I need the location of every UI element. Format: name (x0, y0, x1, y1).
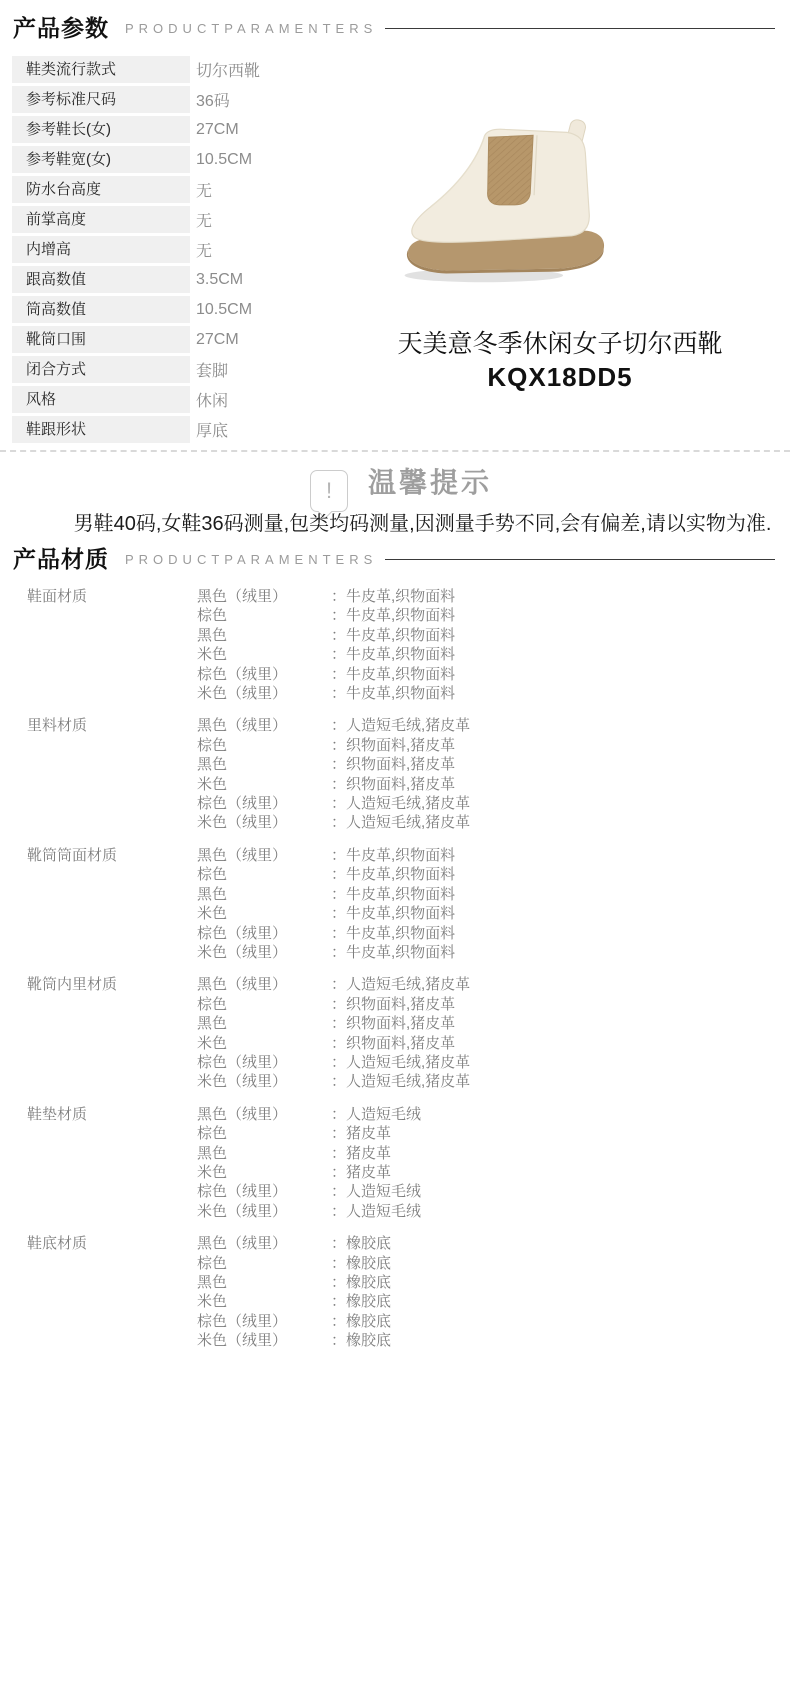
material-value: 牛皮革,织物面料 (346, 588, 455, 605)
material-group-label: 鞋面材质 (27, 587, 197, 703)
product-image (392, 112, 624, 290)
material-group-rows: 黑色（绒里）：人造短毛绒棕色：猪皮革黑色：猪皮革米色：猪皮革棕色（绒里）：人造短… (197, 1105, 421, 1221)
param-row: 筒高数值10.5CM (12, 296, 432, 323)
param-label: 内增高 (12, 236, 190, 263)
material-color-name: 黑色 (197, 626, 331, 645)
material-colon: ： (331, 1203, 346, 1220)
material-colon: ： (331, 666, 346, 683)
material-color-name: 黑色（绒里） (197, 1105, 331, 1124)
param-label: 参考标准尺码 (12, 86, 190, 113)
material-color-name: 棕色 (197, 1124, 331, 1143)
material-row: 黑色：猪皮革 (197, 1144, 421, 1163)
material-color-name: 棕色（绒里） (197, 924, 331, 943)
material-color-name: 棕色（绒里） (197, 1182, 331, 1201)
param-value: 切尔西靴 (196, 58, 260, 81)
material-color-name: 棕色 (197, 736, 331, 755)
material-colon: ： (331, 646, 346, 663)
material-color-name: 米色（绒里） (197, 684, 331, 703)
material-colon: ： (331, 627, 346, 644)
material-row: 米色（绒里）：橡胶底 (197, 1331, 391, 1350)
param-value: 36码 (196, 88, 230, 111)
materials-list: 鞋面材质黑色（绒里）：牛皮革,织物面料棕色：牛皮革,织物面料黑色：牛皮革,织物面… (27, 587, 790, 1364)
material-value: 人造短毛绒 (346, 1183, 421, 1200)
param-label: 参考鞋长(女) (12, 116, 190, 143)
param-value: 3.5CM (196, 271, 243, 289)
material-value: 牛皮革,织物面料 (346, 944, 455, 961)
param-row: 前掌高度无 (12, 206, 432, 233)
material-row: 黑色：织物面料,猪皮革 (197, 1014, 470, 1033)
material-row: 黑色（绒里）：人造短毛绒,猪皮革 (197, 975, 470, 994)
material-colon: ： (331, 1332, 346, 1349)
materials-section-title: 产品材质 (13, 541, 109, 574)
param-label: 鞋跟形状 (12, 416, 190, 443)
material-group: 鞋底材质黑色（绒里）：橡胶底棕色：橡胶底黑色：橡胶底米色：橡胶底棕色（绒里）：橡… (27, 1234, 790, 1350)
material-value: 人造短毛绒,猪皮革 (346, 1073, 470, 1090)
param-row: 参考鞋长(女)27CM (12, 116, 432, 143)
param-row: 鞋类流行款式切尔西靴 (12, 56, 432, 83)
param-label: 闭合方式 (12, 356, 190, 383)
params-section-subtitle: PRODUCTPARAMENTERS (125, 21, 377, 36)
material-row: 棕色（绒里）：人造短毛绒,猪皮革 (197, 1053, 470, 1072)
material-row: 米色（绒里）：牛皮革,织物面料 (197, 943, 455, 962)
material-row: 米色（绒里）：人造短毛绒,猪皮革 (197, 1072, 470, 1091)
material-value: 牛皮革,织物面料 (346, 627, 455, 644)
material-color-name: 黑色 (197, 1014, 331, 1033)
material-group-rows: 黑色（绒里）：牛皮革,织物面料棕色：牛皮革,织物面料黑色：牛皮革,织物面料米色：… (197, 846, 455, 962)
chelsea-boot-illustration (392, 112, 624, 290)
material-colon: ： (331, 1125, 346, 1142)
material-row: 黑色（绒里）：橡胶底 (197, 1234, 391, 1253)
material-value: 人造短毛绒,猪皮革 (346, 976, 470, 993)
material-group-rows: 黑色（绒里）：橡胶底棕色：橡胶底黑色：橡胶底米色：橡胶底棕色（绒里）：橡胶底米色… (197, 1234, 391, 1350)
material-value: 人造短毛绒 (346, 1106, 421, 1123)
material-value: 织物面料,猪皮革 (346, 1035, 455, 1052)
material-row: 米色：猪皮革 (197, 1163, 421, 1182)
param-value: 10.5CM (196, 301, 252, 319)
param-row: 防水台高度无 (12, 176, 432, 203)
material-colon: ： (331, 1255, 346, 1272)
material-value: 人造短毛绒,猪皮革 (346, 795, 470, 812)
param-value: 10.5CM (196, 151, 252, 169)
material-row: 米色（绒里）：人造短毛绒,猪皮革 (197, 813, 470, 832)
material-value: 人造短毛绒 (346, 1203, 421, 1220)
material-color-name: 棕色 (197, 1254, 331, 1273)
material-row: 棕色（绒里）：人造短毛绒,猪皮革 (197, 794, 470, 813)
material-group-rows: 黑色（绒里）：人造短毛绒,猪皮革棕色：织物面料,猪皮革黑色：织物面料,猪皮革米色… (197, 975, 470, 1091)
material-row: 棕色（绒里）：牛皮革,织物面料 (197, 665, 455, 684)
material-row: 米色：橡胶底 (197, 1292, 391, 1311)
material-color-name: 米色 (197, 904, 331, 923)
material-color-name: 棕色（绒里） (197, 1053, 331, 1072)
material-value: 织物面料,猪皮革 (346, 1015, 455, 1032)
material-row: 米色（绒里）：人造短毛绒 (197, 1202, 421, 1221)
material-colon: ： (331, 1183, 346, 1200)
param-value: 无 (196, 208, 212, 231)
material-colon: ： (331, 1015, 346, 1032)
material-value: 牛皮革,织物面料 (346, 685, 455, 702)
material-value: 人造短毛绒,猪皮革 (346, 717, 470, 734)
material-value: 牛皮革,织物面料 (346, 607, 455, 624)
param-label: 参考鞋宽(女) (12, 146, 190, 173)
param-row: 跟高数值3.5CM (12, 266, 432, 293)
material-value: 织物面料,猪皮革 (346, 756, 455, 773)
material-value: 牛皮革,织物面料 (346, 666, 455, 683)
material-color-name: 黑色（绒里） (197, 587, 331, 606)
material-colon: ： (331, 717, 346, 734)
section-header-materials: 产品材质 PRODUCTPARAMENTERS (13, 541, 775, 574)
param-value: 27CM (196, 121, 239, 139)
params-section-title: 产品参数 (13, 10, 109, 43)
material-color-name: 米色（绒里） (197, 943, 331, 962)
material-colon: ： (331, 795, 346, 812)
material-color-name: 棕色（绒里） (197, 794, 331, 813)
material-color-name: 米色（绒里） (197, 1331, 331, 1350)
material-color-name: 米色 (197, 775, 331, 794)
material-value: 人造短毛绒,猪皮革 (346, 814, 470, 831)
material-group: 里料材质黑色（绒里）：人造短毛绒,猪皮革棕色：织物面料,猪皮革黑色：织物面料,猪… (27, 716, 790, 832)
material-row: 黑色（绒里）：牛皮革,织物面料 (197, 846, 455, 865)
material-colon: ： (331, 607, 346, 624)
material-colon: ： (331, 737, 346, 754)
material-colon: ： (331, 1073, 346, 1090)
material-color-name: 米色（绒里） (197, 813, 331, 832)
notice-title: 温馨提示 (368, 461, 492, 501)
material-row: 米色：织物面料,猪皮革 (197, 1034, 470, 1053)
dashed-divider (0, 450, 790, 452)
material-colon: ： (331, 756, 346, 773)
material-colon: ： (331, 1235, 346, 1252)
section-header-params: 产品参数 PRODUCTPARAMENTERS (13, 10, 775, 43)
material-color-name: 黑色（绒里） (197, 716, 331, 735)
material-value: 人造短毛绒,猪皮革 (346, 1054, 470, 1071)
param-label: 跟高数值 (12, 266, 190, 293)
material-colon: ： (331, 1145, 346, 1162)
material-value: 牛皮革,织物面料 (346, 905, 455, 922)
notice-disclaimer-text: 男鞋40码,女鞋36码测量,包类均码测量,因测量手势不同,会有偏差,请以实物为准… (55, 507, 790, 536)
material-group-label: 鞋底材质 (27, 1234, 197, 1350)
product-model: KQX18DD5 (360, 362, 760, 393)
param-row: 参考标准尺码36码 (12, 86, 432, 113)
material-colon: ： (331, 1054, 346, 1071)
material-color-name: 棕色 (197, 865, 331, 884)
product-name: 天美意冬季休闲女子切尔西靴 (360, 324, 760, 360)
material-colon: ： (331, 944, 346, 961)
header-rule (385, 28, 775, 29)
material-color-name: 黑色 (197, 1273, 331, 1292)
material-color-name: 黑色 (197, 885, 331, 904)
material-value: 猪皮革 (346, 1145, 391, 1162)
material-colon: ： (331, 1313, 346, 1330)
material-value: 织物面料,猪皮革 (346, 737, 455, 754)
material-group: 鞋垫材质黑色（绒里）：人造短毛绒棕色：猪皮革黑色：猪皮革米色：猪皮革棕色（绒里）… (27, 1105, 790, 1221)
material-row: 米色：织物面料,猪皮革 (197, 775, 470, 794)
material-group-label: 靴筒内里材质 (27, 975, 197, 1091)
material-color-name: 黑色 (197, 755, 331, 774)
material-value: 橡胶底 (346, 1293, 391, 1310)
param-value: 27CM (196, 331, 239, 349)
exclamation-mark: ! (326, 478, 332, 504)
material-color-name: 棕色（绒里） (197, 1312, 331, 1331)
product-detail-page: 产品参数 PRODUCTPARAMENTERS 鞋类流行款式切尔西靴参考标准尺码… (0, 0, 790, 1690)
material-colon: ： (331, 1106, 346, 1123)
param-label: 风格 (12, 386, 190, 413)
material-colon: ： (331, 1293, 346, 1310)
material-value: 橡胶底 (346, 1235, 391, 1252)
material-color-name: 棕色 (197, 995, 331, 1014)
material-colon: ： (331, 685, 346, 702)
param-row: 内增高无 (12, 236, 432, 263)
material-colon: ： (331, 866, 346, 883)
material-value: 橡胶底 (346, 1313, 391, 1330)
material-colon: ： (331, 976, 346, 993)
material-colon: ： (331, 776, 346, 793)
material-row: 棕色：织物面料,猪皮革 (197, 995, 470, 1014)
material-row: 黑色：织物面料,猪皮革 (197, 755, 470, 774)
material-group-label: 里料材质 (27, 716, 197, 832)
material-color-name: 黑色（绒里） (197, 1234, 331, 1253)
material-value: 牛皮革,织物面料 (346, 866, 455, 883)
exclamation-bubble-icon: ! (310, 470, 348, 512)
param-label: 防水台高度 (12, 176, 190, 203)
material-color-name: 米色 (197, 1163, 331, 1182)
materials-section-subtitle: PRODUCTPARAMENTERS (125, 552, 377, 567)
material-group-label: 靴筒筒面材质 (27, 846, 197, 962)
material-colon: ： (331, 814, 346, 831)
param-value: 厚底 (196, 418, 228, 441)
material-row: 黑色：橡胶底 (197, 1273, 391, 1292)
material-colon: ： (331, 905, 346, 922)
material-value: 猪皮革 (346, 1125, 391, 1142)
material-row: 黑色：牛皮革,织物面料 (197, 626, 455, 645)
param-value: 休闲 (196, 388, 228, 411)
param-value: 套脚 (196, 358, 228, 381)
material-color-name: 黑色（绒里） (197, 975, 331, 994)
material-group-label: 鞋垫材质 (27, 1105, 197, 1221)
param-value: 无 (196, 238, 212, 261)
material-value: 牛皮革,织物面料 (346, 925, 455, 942)
material-color-name: 黑色 (197, 1144, 331, 1163)
material-group-rows: 黑色（绒里）：人造短毛绒,猪皮革棕色：织物面料,猪皮革黑色：织物面料,猪皮革米色… (197, 716, 470, 832)
param-row: 参考鞋宽(女)10.5CM (12, 146, 432, 173)
material-color-name: 棕色（绒里） (197, 665, 331, 684)
material-row: 棕色：猪皮革 (197, 1124, 421, 1143)
material-group: 靴筒筒面材质黑色（绒里）：牛皮革,织物面料棕色：牛皮革,织物面料黑色：牛皮革,织… (27, 846, 790, 962)
material-group-rows: 黑色（绒里）：牛皮革,织物面料棕色：牛皮革,织物面料黑色：牛皮革,织物面料米色：… (197, 587, 455, 703)
material-color-name: 米色（绒里） (197, 1202, 331, 1221)
param-value: 无 (196, 178, 212, 201)
material-color-name: 米色（绒里） (197, 1072, 331, 1091)
material-color-name: 米色 (197, 1034, 331, 1053)
material-row: 米色：牛皮革,织物面料 (197, 645, 455, 664)
material-value: 牛皮革,织物面料 (346, 847, 455, 864)
material-value: 猪皮革 (346, 1164, 391, 1181)
param-label: 前掌高度 (12, 206, 190, 233)
material-group: 靴筒内里材质黑色（绒里）：人造短毛绒,猪皮革棕色：织物面料,猪皮革黑色：织物面料… (27, 975, 790, 1091)
material-value: 橡胶底 (346, 1274, 391, 1291)
material-row: 棕色：织物面料,猪皮革 (197, 736, 470, 755)
material-colon: ： (331, 925, 346, 942)
material-group: 鞋面材质黑色（绒里）：牛皮革,织物面料棕色：牛皮革,织物面料黑色：牛皮革,织物面… (27, 587, 790, 703)
material-color-name: 棕色 (197, 606, 331, 625)
material-row: 棕色：橡胶底 (197, 1254, 391, 1273)
material-colon: ： (331, 996, 346, 1013)
material-colon: ： (331, 1035, 346, 1052)
header-rule (385, 559, 775, 560)
material-row: 米色：牛皮革,织物面料 (197, 904, 455, 923)
material-color-name: 米色 (197, 1292, 331, 1311)
material-value: 橡胶底 (346, 1332, 391, 1349)
material-colon: ： (331, 1164, 346, 1181)
material-value: 橡胶底 (346, 1255, 391, 1272)
material-row: 棕色（绒里）：橡胶底 (197, 1312, 391, 1331)
material-value: 牛皮革,织物面料 (346, 886, 455, 903)
material-row: 黑色（绒里）：人造短毛绒 (197, 1105, 421, 1124)
material-colon: ： (331, 847, 346, 864)
material-row: 米色（绒里）：牛皮革,织物面料 (197, 684, 455, 703)
material-row: 黑色（绒里）：人造短毛绒,猪皮革 (197, 716, 470, 735)
material-colon: ： (331, 1274, 346, 1291)
param-label: 筒高数值 (12, 296, 190, 323)
material-row: 棕色（绒里）：牛皮革,织物面料 (197, 924, 455, 943)
material-color-name: 黑色（绒里） (197, 846, 331, 865)
material-row: 棕色：牛皮革,织物面料 (197, 865, 455, 884)
material-value: 牛皮革,织物面料 (346, 646, 455, 663)
material-color-name: 米色 (197, 645, 331, 664)
param-label: 靴筒口围 (12, 326, 190, 353)
material-row: 棕色（绒里）：人造短毛绒 (197, 1182, 421, 1201)
material-row: 棕色：牛皮革,织物面料 (197, 606, 455, 625)
param-label: 鞋类流行款式 (12, 56, 190, 83)
material-value: 织物面料,猪皮革 (346, 996, 455, 1013)
material-row: 黑色：牛皮革,织物面料 (197, 885, 455, 904)
material-value: 织物面料,猪皮革 (346, 776, 455, 793)
param-row: 鞋跟形状厚底 (12, 416, 432, 443)
material-colon: ： (331, 886, 346, 903)
material-colon: ： (331, 588, 346, 605)
material-row: 黑色（绒里）：牛皮革,织物面料 (197, 587, 455, 606)
